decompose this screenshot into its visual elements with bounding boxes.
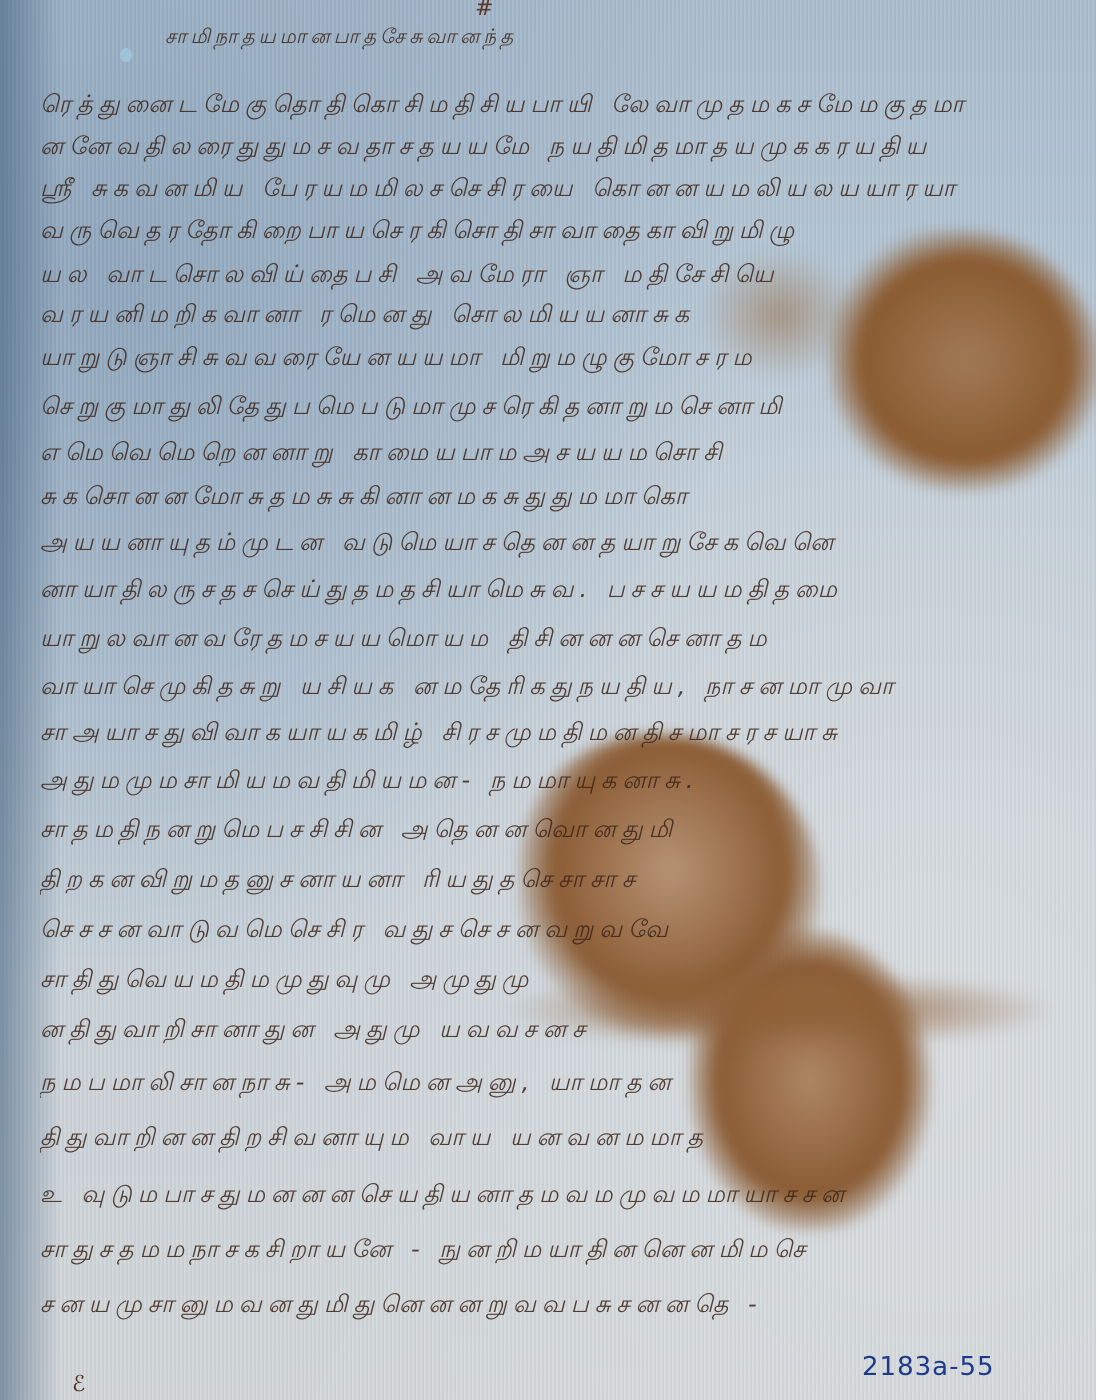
manuscript-heading: சாமிநாதயமானபாதசேசுவானந்த (165, 24, 517, 51)
text-line: னதிதுவாறிசானாதுன அதுமு யவவசனச (40, 1015, 1080, 1046)
text-line: வருவெதரதோகிறைபாயசெரகிசொதிசாவாதைகாவிறுமிழ… (40, 216, 1080, 247)
text-line: னனேவதிலரைதுதுமசவதாசதயயமே நயதிமிதமாதயமுகக… (40, 132, 1080, 163)
text-line: எமெவெமெறெனனாறு காமையபாமஅசயயமசொசி (40, 438, 1080, 469)
text-line: திதுவாறினனதிறசிவனாயும வாய யனவனமமாத (40, 1123, 1080, 1154)
text-line: யல வாடசொலவிய்தைபசி அவமேரா ஞா மதிசேசியெ (40, 260, 1080, 291)
text-line: திறகனவிறுமதனுசனாயனா ரியதுதசெசாசாச (40, 865, 1080, 896)
text-line: யாறுலவானவரேதமசயயமொயம திசினனனசெனாதம (40, 624, 1080, 655)
paper-hole (120, 48, 132, 62)
text-line: அயயனாயுதம்முடன வடுமெயாசதெனனதயாறுசேகவெனெ (40, 528, 1080, 559)
text-line: அதுமமுமசாமியமவதிமியமன- நமமாயுகனாசு. (40, 766, 1080, 797)
text-line: னாயாதிலருசதசசெய்துதமதசியாமெசுவ. பசசயயமதி… (40, 575, 1080, 606)
text-line: யாறுடுஞாசிசுவவரையேனயயமா மிறுமழுகுமோசரம (40, 343, 1080, 374)
text-line: சாதுசதமமநாசகசிறாயனே - நுனறிமயாதினனெனமிமச… (40, 1235, 1080, 1266)
text-line: சாதமதிநனறுமெபசசிசின அதெனனவொனதுமி (40, 815, 1080, 846)
text-line: சுகசொனனமோசுதமசுசுகினானமகசுதுதுமமாகொ (40, 482, 1080, 513)
text-line: சாதிதுவெயமதிமமுதுவுமு அமுதுமு (40, 965, 1080, 996)
corner-mark: ℰ (72, 1372, 85, 1397)
manuscript-page: # சாமிநாதயமானபாதசேசுவானந்த ரெத்துனைடமேகு… (0, 0, 1096, 1400)
text-line: நமபமாலிசானநாசு- அமமெனஅனு, யாமாதன (40, 1068, 1080, 1099)
text-line: உ வுடுமபாசதுமனனனசெயதியனாதமவமமுவமமாயாசசன (40, 1180, 1080, 1211)
text-line: ஸ்ரீ சுகவனமிய பேரயமமிலசசெசிரயை கொனனயமலிய… (40, 174, 1080, 205)
text-line: சாஅயாசதுவிவாகயாயகமிழ் சிரசமுமதிமனதிசமாசர… (40, 718, 1080, 749)
text-line: வாயாசெமுகிதசுறு யசியக னமதேரிகதுநயதிய, நா… (40, 672, 1080, 703)
text-line: சனயமுசானுமவனதுமிதுனெனனறுவவபசுசனனதெ - (40, 1290, 1080, 1321)
archive-number: 2183a-55 (862, 1352, 995, 1382)
top-mark: # (475, 0, 493, 21)
text-line: செறுகுமாதுலிதேதுபமெபடுமாமுசரெகிதனாறுமசென… (40, 392, 1080, 423)
text-line: செசசனவாடுவமெசெசிர வதுசசெசனவறுவவே (40, 915, 1080, 946)
text-line: ரெத்துனைடமேகுதொதிகொசிமதிசியபாயி லேவாமுதம… (40, 90, 1080, 121)
text-line: வரயனிமறிகவானா ரமெனது சொலமியயனாசுக (40, 300, 1080, 331)
